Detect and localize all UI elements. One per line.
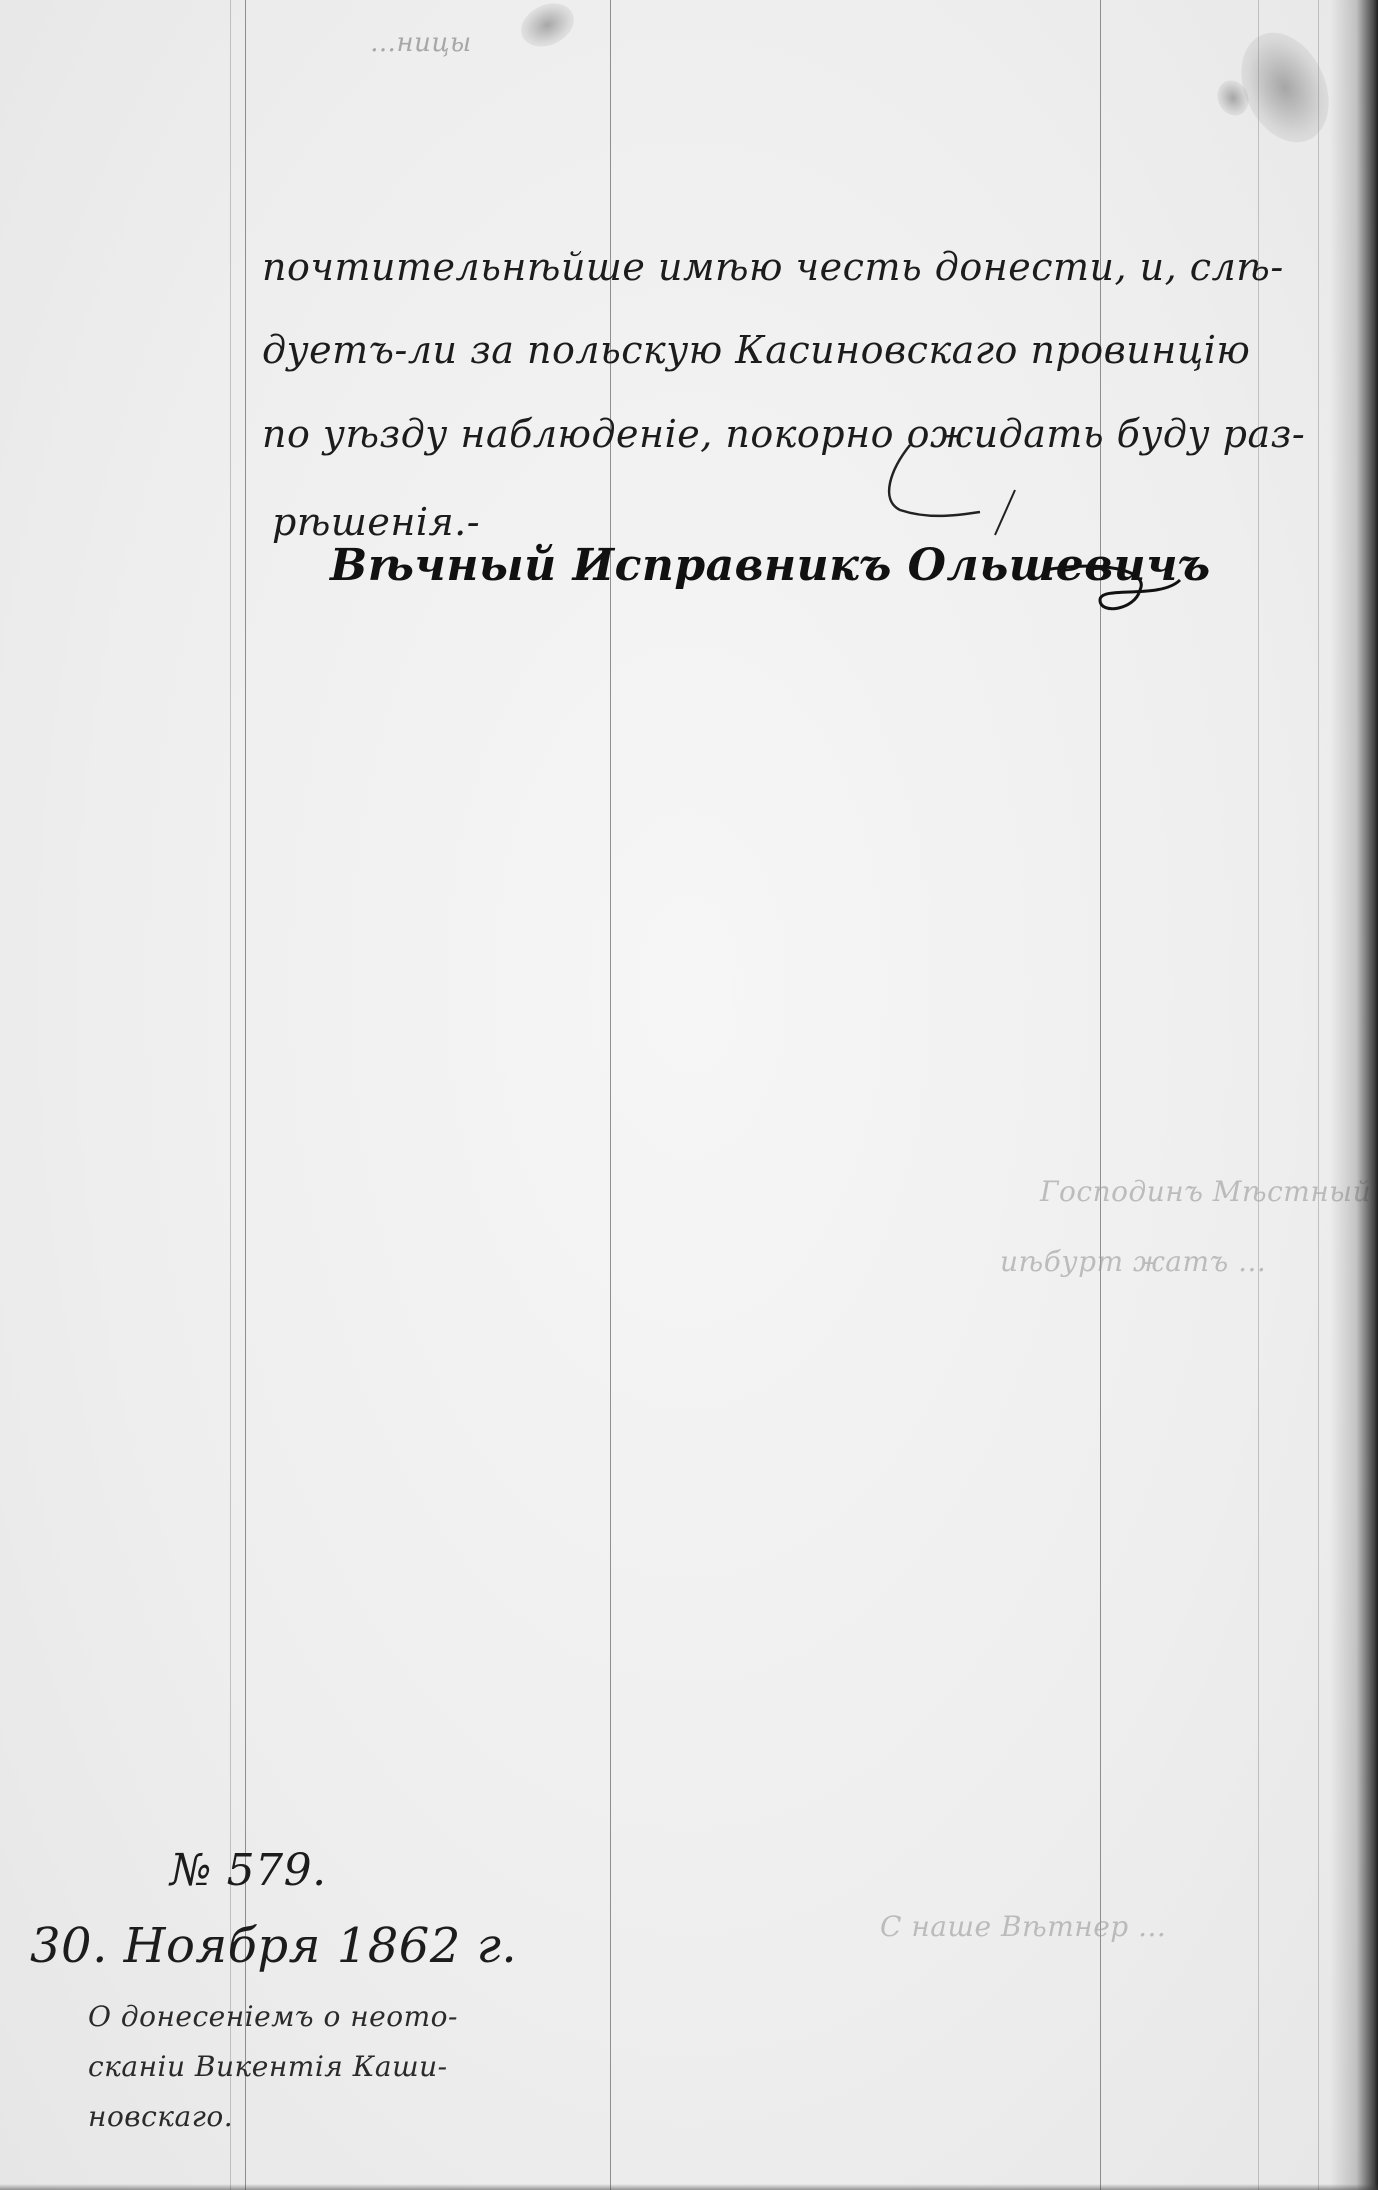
ink-smudge [514, 0, 581, 55]
column-rule [1318, 0, 1319, 2190]
margin-summary-line-3: новскаго. [88, 2100, 233, 2133]
body-line-2: дуетъ-ли за польскую Касиновскаго провин… [262, 328, 1250, 372]
bracket-flourish-icon [870, 440, 1030, 540]
bleed-through-line: Господинъ Мѣстный ... [1040, 1175, 1378, 1208]
page-edge-shadow [1330, 0, 1378, 2190]
signature-flourish-icon [1040, 560, 1190, 630]
page-bottom-edge [0, 2184, 1378, 2190]
column-rule [1258, 0, 1259, 2190]
bleed-through-line: иѣбурт жатъ ... [1000, 1245, 1266, 1278]
bleed-through-line: С наше Вѣтнер ... [880, 1910, 1166, 1943]
margin-summary-line-2: сканіи Викентія Каши- [88, 2050, 448, 2083]
body-line-4: рѣшенія.- [272, 500, 480, 544]
body-line-3: по уѣзду наблюденіе, покорно ожидать буд… [262, 412, 1305, 456]
body-line-1: почтительнѣйше имѣю честь донести, и, сл… [262, 245, 1284, 289]
margin-summary-line-1: О донесеніемъ о неото- [88, 2000, 458, 2033]
document-date: 30. Ноября 1862 г. [30, 1918, 517, 1974]
document-number: № 579. [170, 1845, 327, 1896]
header-scrawl: …ницы [370, 28, 472, 58]
document-page: …ницы почтительнѣйше имѣю честь донести,… [0, 0, 1378, 2190]
